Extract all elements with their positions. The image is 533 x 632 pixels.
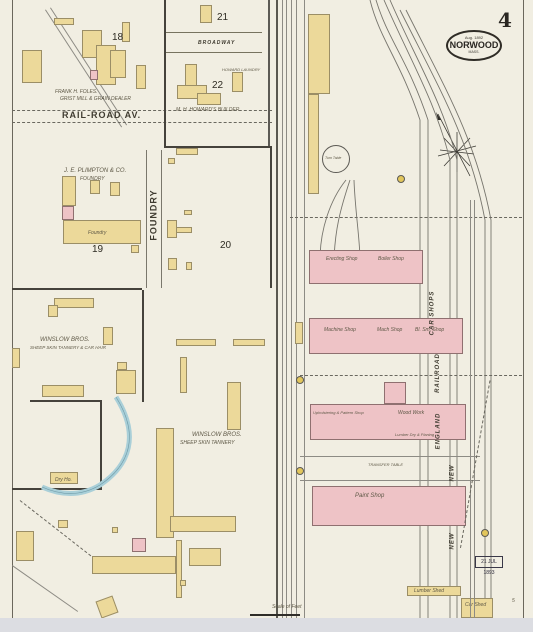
broadway-line (166, 52, 262, 53)
label-grist-mill: GRIST MILL & GRAIN DEALER (60, 96, 131, 102)
building (186, 262, 192, 270)
building (136, 65, 146, 89)
building (58, 520, 68, 528)
building (90, 180, 100, 194)
label-machine-shop: Machine Shop (324, 327, 356, 333)
building (112, 527, 118, 533)
label-frank-foles: FRANK H. FOLES. (55, 89, 98, 95)
label-upholstering: Upholstering & Pattern Shop (313, 410, 364, 415)
paint-shop (312, 486, 466, 526)
hydrant-icon (296, 376, 304, 384)
building (384, 382, 406, 404)
building (54, 18, 74, 25)
label-scale: Scale of Feet (272, 604, 301, 610)
block-number-18: 18 (112, 32, 123, 43)
main-track (286, 0, 287, 618)
river (30, 395, 140, 505)
label-paint-shop: Paint Shop (355, 493, 384, 499)
dry-house (103, 327, 113, 345)
block-number-20: 20 (220, 240, 231, 251)
street-england: ENGLAND (435, 413, 441, 450)
label-winslow-lower: WINSLOW BROS. (192, 432, 242, 438)
street-new-2: NEW (450, 533, 456, 550)
building (168, 258, 177, 270)
transfer-table-line (300, 456, 480, 457)
building (168, 158, 175, 164)
block-edge (268, 0, 270, 146)
building (62, 176, 76, 206)
building (232, 72, 243, 92)
building (176, 148, 198, 155)
label-winslow-upper-sub: SHEEP SKIN TANNERY & CAR HAIR (30, 345, 106, 350)
main-track (296, 0, 297, 618)
block-number-21: 21 (217, 12, 228, 23)
building (197, 93, 221, 105)
label-mach-shop: Mach Shop (377, 327, 402, 333)
hydrant-icon (481, 529, 489, 537)
building (16, 531, 34, 561)
label-erecting-shop: Erecting Shop (326, 256, 357, 262)
machine-shop (309, 318, 463, 354)
building (122, 22, 130, 42)
corner-note: 5 (512, 598, 515, 604)
street-edge (470, 200, 471, 618)
tannery-building (189, 548, 221, 566)
label-howard-laundry: HOWARD LAUNDRY (222, 67, 260, 72)
tannery-building (92, 556, 176, 574)
building (180, 580, 186, 586)
building (110, 182, 120, 196)
building (54, 298, 94, 308)
label-foundry-building: Foundry (88, 230, 106, 236)
main-track (276, 0, 278, 618)
label-winslow-lower-sub: SHEEP SKIN TANNERY (180, 440, 235, 446)
brick-building (132, 538, 146, 552)
street-car-shops: CAR SHOPS (429, 291, 435, 336)
label-plimpton: J. E. PLIMPTON & CO. (64, 168, 126, 174)
building (176, 227, 192, 233)
label-lumber-dry: Lumber Dry & Planing (395, 432, 434, 437)
building (131, 245, 139, 253)
building (12, 348, 20, 368)
label-transfer-table: TRANSFER TABLE (368, 462, 403, 467)
map-sheet: 4 Aug. 1892 NORWOOD MASS. 18 FRANK H. FO… (0, 0, 533, 632)
building (22, 50, 42, 83)
block-20-boundary (164, 148, 272, 288)
street-broadway: BROADWAY (198, 40, 235, 46)
building (227, 382, 241, 430)
building (116, 370, 136, 394)
tannery-building (176, 540, 182, 598)
block-number-22: 22 (212, 80, 223, 91)
street-foundry: FOUNDRY (149, 189, 159, 240)
label-howard-builder: M. H. HOWARD'S BUILDER (176, 107, 239, 113)
tannery-building (170, 516, 236, 532)
label-car-shed: Car Shed (465, 602, 486, 608)
foundry-street-edge (161, 150, 162, 288)
scale-bar (250, 614, 300, 616)
building (233, 339, 265, 346)
broadway-line (166, 32, 262, 33)
label-boiler-shop: Boiler Shop (378, 256, 404, 262)
archive-stamp: 21 JUL 1893 (475, 556, 503, 568)
hydrant-icon (296, 467, 304, 475)
fire-main-line (290, 217, 522, 218)
main-track (282, 0, 283, 618)
building (180, 357, 187, 393)
street-railroad-av: RAIL-ROAD AV. (62, 110, 141, 120)
car-shed (461, 598, 493, 618)
building (48, 305, 58, 317)
page-edge (0, 618, 533, 632)
main-track (291, 0, 292, 618)
hydrant-icon (397, 175, 405, 183)
label-wood-work: Wood Work (398, 410, 424, 416)
street-new-1: NEW (450, 465, 456, 482)
brick-building (62, 206, 74, 220)
fire-main-line (300, 375, 522, 376)
building (176, 339, 216, 346)
label-winslow-upper: WINSLOW BROS. (40, 337, 90, 343)
building (184, 210, 192, 215)
foundry-street-edge (146, 150, 147, 288)
building (117, 362, 127, 370)
street-railroad: RAILROAD (435, 353, 441, 393)
brick-building (90, 70, 98, 80)
block-number-19: 19 (92, 244, 103, 255)
building (200, 5, 212, 23)
label-lumber-shed: Lumber Shed (414, 588, 444, 594)
building (110, 50, 126, 78)
